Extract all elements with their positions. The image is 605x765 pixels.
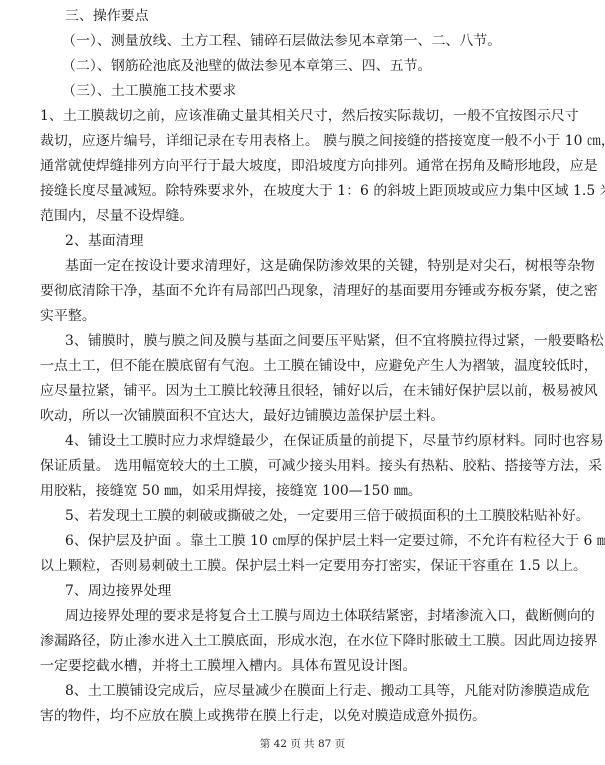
paragraph-line: 应尽量拉紧，铺平。因为土工膜比较薄且很轻，铺好以后，在未铺好保护层以前，极易被风 (40, 379, 561, 404)
section-heading: 三、操作要点 (40, 4, 561, 29)
paragraph-line: 6、保护层及护面 。靠土工膜 10 ㎝厚的保护层土料一定要过筛，不允许有粒径大于… (40, 529, 561, 554)
paragraph-line: 保证质量。 选用幅宽较大的土工膜，可减少接头用料。接头有热粘、胶粘、搭接等方法，… (40, 454, 561, 479)
paragraph-line: 通常就使焊缝排列方向平行于最大坡度，即沿坡度方向排列。通常在拐角及畸形地段，应是 (40, 154, 561, 179)
paragraph-line: 接缝长度尽量减短。除特殊要求外，在坡度大于 1：6 的斜坡上距顶坡或应力集中区域… (40, 179, 561, 204)
paragraph-line: 周边接界处理的要求是将复合土工膜与周边土体联结紧密，封堵渗流入口，截断侧向的 (40, 604, 561, 629)
document-body: 三、操作要点 （一）、测量放线、土方工程、铺碎石层做法参见本章第一、二、八节。 … (40, 4, 561, 729)
paragraph-line: 4、铺设土工膜时应力求焊缝最少，在保证质量的前提下，尽量节约原材料。同时也容易 (40, 429, 561, 454)
paragraph-line: 3、铺膜时，膜与膜之间及膜与基面之间要压平贴紧，但不宜将膜拉得过紧，一般要略松 (40, 329, 561, 354)
paragraph-line: 裁切，应逐片编号，详细记录在专用表格上。 膜与膜之间接缝的搭接宽度一般不小于 1… (40, 129, 561, 154)
paragraph-line: 实平整。 (40, 304, 561, 329)
paragraph-line: 要彻底清除干净，基面不允许有局部凹凸现象，清理好的基面要用夯锤或夯板夯紧，使之密 (40, 279, 561, 304)
paragraph-line: 渗漏路径，防止渗水进入土工膜底面，形成水泡，在水位下降时胀破土工膜。因此周边接界 (40, 629, 561, 654)
page-number-footer: 第 42 页 共 87 页 (0, 736, 605, 751)
paragraph-line: 用胶粘，接缝宽 50 ㎜，如采用焊接，接缝宽 100—150 ㎜。 (40, 479, 561, 504)
paragraph-line: 害的物件，均不应放在膜上或携带在膜上行走，以免对膜造成意外损伤。 (40, 704, 561, 729)
paragraph-line: 1、土工膜裁切之前，应该准确丈量其相关尺寸，然后按实际裁切，一般不宜按图示尺寸 (40, 104, 561, 129)
paragraph-line: 范围内，尽量不设焊缝。 (40, 204, 561, 229)
item-heading: 2、基面清理 (40, 229, 561, 254)
paragraph-line: 基面一定在按设计要求清理好，这是确保防渗效果的关键，特别是对尖石，树根等杂物 (40, 254, 561, 279)
subsection-heading: （三）、土工膜施工技术要求 (40, 79, 561, 104)
paragraph-line: 8、土工膜铺设完成后，应尽量减少在膜面上行走、搬动工具等，凡能对防渗膜造成危 (40, 679, 561, 704)
paragraph-line: 5、若发现土工膜的刺破或撕破之处，一定要用三倍于破损面积的土工膜胶粘贴补好。 (40, 504, 561, 529)
item-heading: 7、周边接界处理 (40, 579, 561, 604)
paragraph-line: 一点土工，但不能在膜底留有气泡。土工膜在铺设中，应避免产生人为褶皱，温度较低时， (40, 354, 561, 379)
paragraph-line: 吹动，所以一次铺膜面积不宜达大，最好边铺膜边盖保护层土料。 (40, 404, 561, 429)
paragraph-line: 以上颗粒，否则易刺破土工膜。保护层土料一定要用夯打密实，保证干容重在 1.5 以… (40, 554, 561, 579)
subsection-item: （一）、测量放线、土方工程、铺碎石层做法参见本章第一、二、八节。 (40, 29, 561, 54)
paragraph-line: 一定要挖截水槽，并将土工膜埋入槽内。具体布置见设计图。 (40, 654, 561, 679)
subsection-item: （二）、钢筋砼池底及池壁的做法参见本章第三、四、五节。 (40, 54, 561, 79)
